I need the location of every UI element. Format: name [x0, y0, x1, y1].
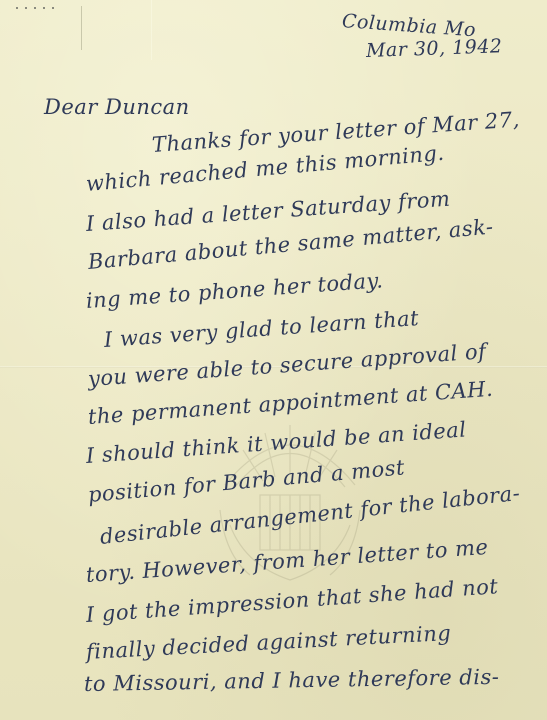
letter-line: finally decided against returning — [85, 621, 451, 664]
letter-line: ing me to phone her today. — [85, 268, 384, 313]
letter-page: Columbia Mo Mar 30, 1942 Dear Duncan Tha… — [0, 0, 547, 720]
letter-salutation: Dear Duncan — [44, 95, 190, 119]
letter-line: I was very glad to learn that — [103, 306, 420, 352]
scan-dots — [16, 7, 54, 9]
letter-line: to Missouri, and I have therefore dis- — [84, 665, 500, 696]
fold-mark — [81, 6, 82, 50]
letter-date: Mar 30, 1942 — [366, 35, 503, 62]
fold-line-vertical — [151, 0, 152, 60]
